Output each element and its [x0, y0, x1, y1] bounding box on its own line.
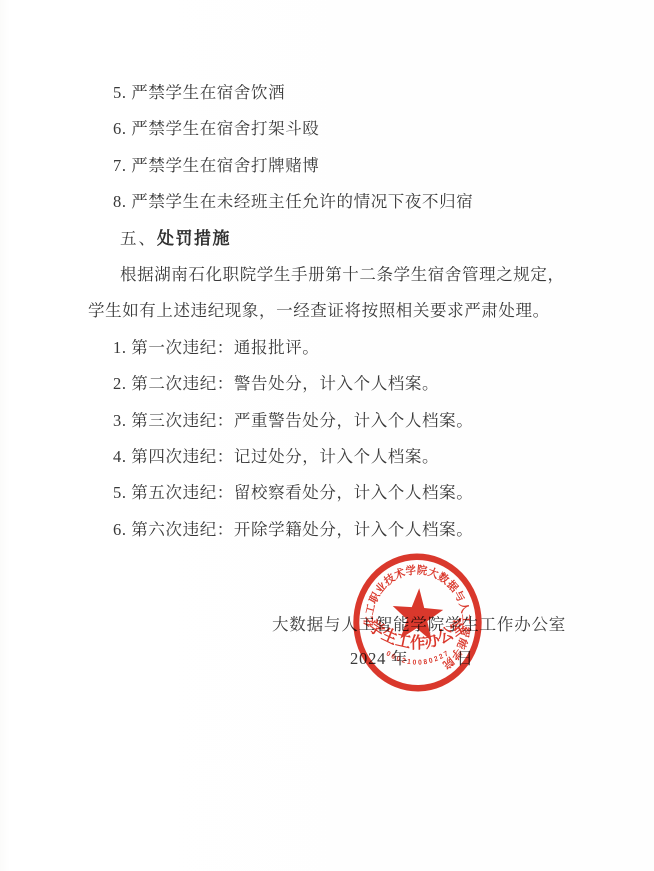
punishment-item: 4. 第四次违纪：记过处分，计入个人档案。	[88, 439, 576, 475]
section-title: 处罚措施	[157, 229, 231, 248]
rule-item: 5. 严禁学生在宿舍饮酒	[88, 75, 576, 111]
section-heading: 五、处罚措施	[88, 221, 576, 257]
rule-item: 7. 严禁学生在宿舍打牌赌博	[88, 148, 576, 184]
document-body: 5. 严禁学生在宿舍饮酒 6. 严禁学生在宿舍打架斗殴 7. 严禁学生在宿舍打牌…	[88, 75, 576, 548]
rule-item: 6. 严禁学生在宿舍打架斗殴	[88, 111, 576, 147]
document-page: 5. 严禁学生在宿舍饮酒 6. 严禁学生在宿舍打架斗殴 7. 严禁学生在宿舍打牌…	[0, 0, 654, 871]
section-number: 五、	[120, 229, 157, 248]
punishment-item: 5. 第五次违纪：留校察看处分，计入个人档案。	[88, 475, 576, 511]
punishment-item: 3. 第三次违纪：严重警告处分，计入个人档案。	[88, 403, 576, 439]
official-seal-stamp: 湖南石油化工职业技术学院大数据与人工智能学院 学生工作办公室 060210080…	[350, 550, 485, 695]
paragraph-line: 根据湖南石化职院学生手册第十二条学生宿舍管理之规定，	[88, 257, 576, 293]
punishment-item: 2. 第二次违纪：警告处分，计入个人档案。	[88, 366, 576, 402]
rule-item: 8. 严禁学生在未经班主任允许的情况下夜不归宿	[88, 184, 576, 220]
punishment-item: 1. 第一次违纪：通报批评。	[88, 330, 576, 366]
punishment-item: 6. 第六次违纪：开除学籍处分，计入个人档案。	[88, 512, 576, 548]
paragraph-line: 学生如有上述违纪现象，一经查证将按照相关要求严肃处理。	[88, 293, 576, 329]
